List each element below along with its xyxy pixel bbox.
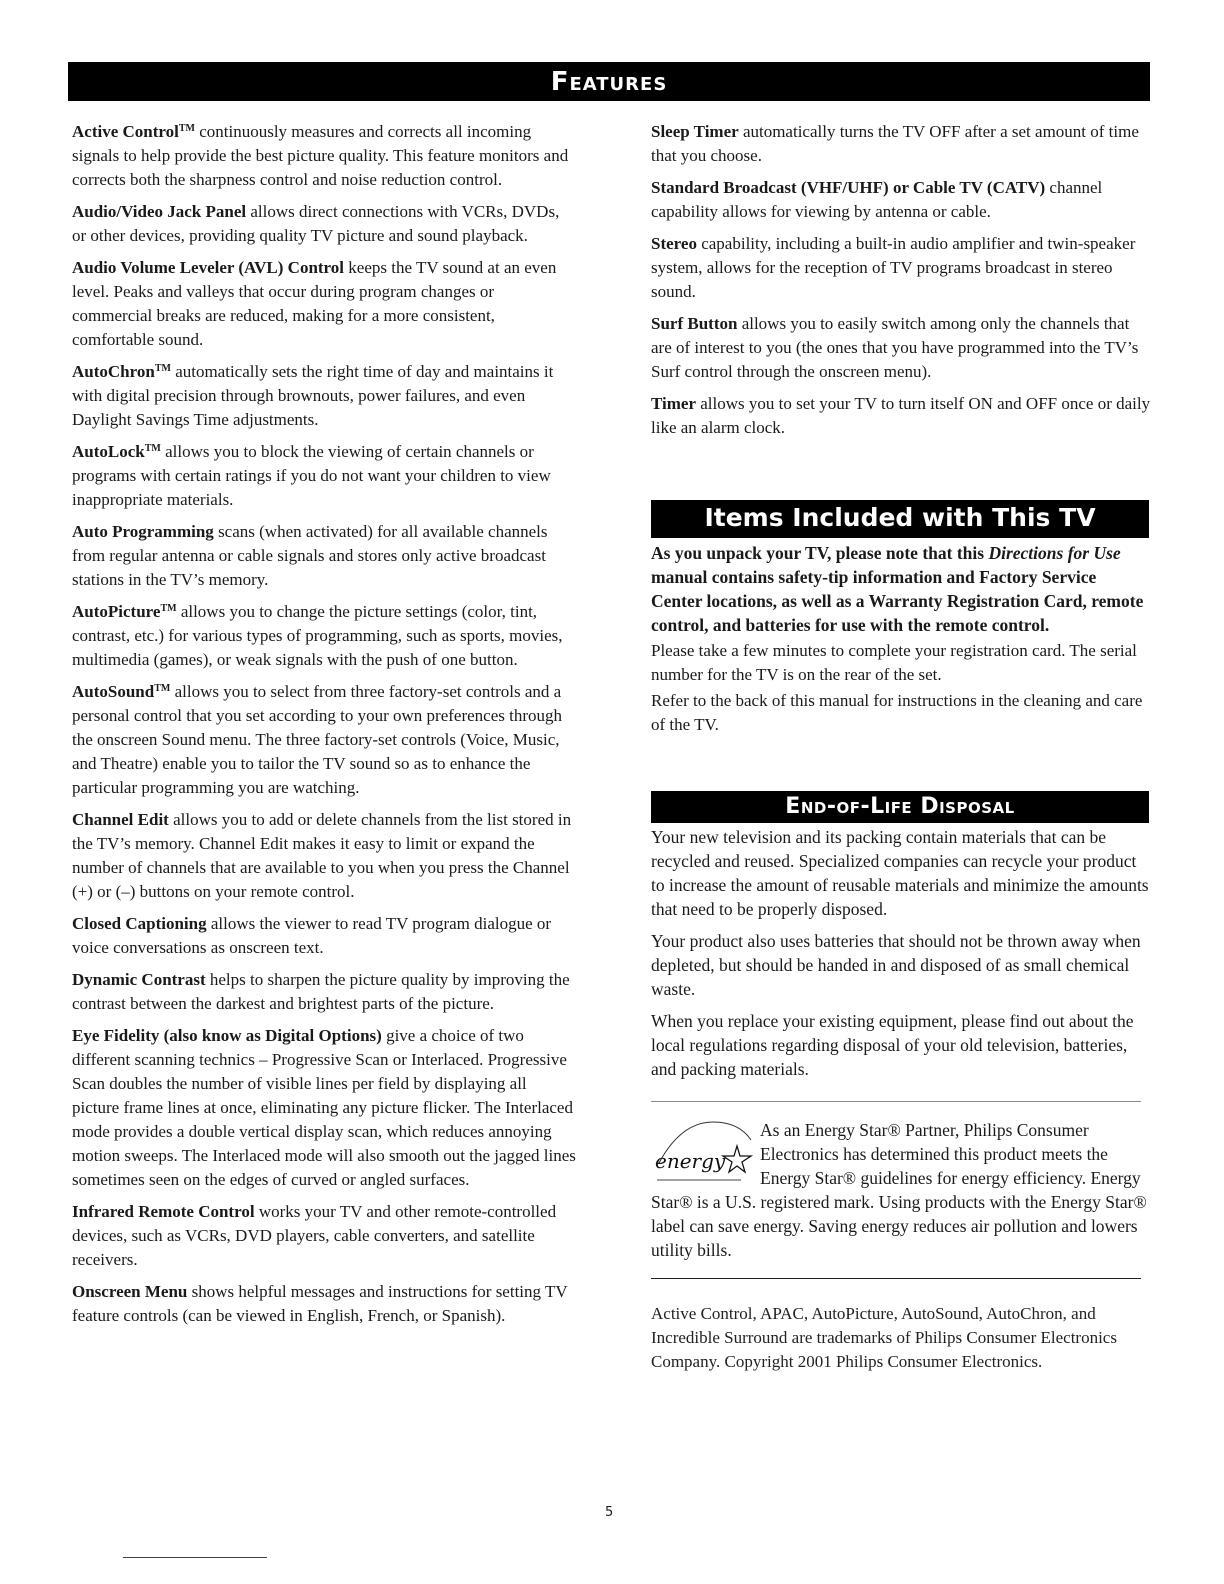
page-number: 5 xyxy=(605,1505,613,1520)
feature-term: AutoPicture xyxy=(72,602,160,621)
feature-entry: AutoSoundTM allows you to select from th… xyxy=(72,680,577,800)
items-included-header: Items Included with This TV xyxy=(651,500,1149,538)
feature-entry: Timer allows you to set your TV to turn … xyxy=(651,392,1151,440)
feature-term: AutoSound xyxy=(72,682,154,701)
divider xyxy=(651,1101,1141,1102)
items-included-notice: As you unpack your TV, please note that … xyxy=(651,541,1151,637)
features-right-column: Sleep Timer automatically turns the TV O… xyxy=(651,120,1151,448)
feature-entry: AutoPictureTM allows you to change the p… xyxy=(72,600,577,672)
trademark-mark: TM xyxy=(154,683,170,694)
notice-text-post: manual contains safety-tip information a… xyxy=(651,567,1143,635)
footer-line xyxy=(123,1557,267,1558)
feature-entry: Closed Captioning allows the viewer to r… xyxy=(72,912,577,960)
feature-term: Audio Volume Leveler (AVL) Control xyxy=(72,258,344,277)
feature-entry: Stereo capability, including a built-in … xyxy=(651,232,1151,304)
feature-entry: Auto Programming scans (when activated) … xyxy=(72,520,577,592)
end-of-life-header: End-of-Life Disposal xyxy=(651,791,1149,823)
feature-term: Audio/Video Jack Panel xyxy=(72,202,246,221)
feature-term: AutoLock xyxy=(72,442,145,461)
feature-description: give a choice of two different scanning … xyxy=(72,1026,576,1189)
feature-term: Active Control xyxy=(72,122,179,141)
feature-entry: Eye Fidelity (also know as Digital Optio… xyxy=(72,1024,577,1192)
divider xyxy=(651,1278,1141,1279)
feature-term: Sleep Timer xyxy=(651,122,739,141)
energy-star-logo-icon: energy xyxy=(651,1118,756,1190)
end-of-life-header-text: End-of-Life Disposal xyxy=(785,794,1014,819)
registration-paragraph: Please take a few minutes to complete yo… xyxy=(651,639,1151,687)
feature-term: Dynamic Contrast xyxy=(72,970,206,989)
feature-entry: Standard Broadcast (VHF/UHF) or Cable TV… xyxy=(651,176,1151,224)
feature-entry: Sleep Timer automatically turns the TV O… xyxy=(651,120,1151,168)
end-of-life-section: Your new television and its packing cont… xyxy=(651,825,1151,1089)
energy-star-section: energy As an Energy Star® Partner, Phili… xyxy=(651,1118,1151,1262)
feature-entry: Active ControlTM continuously measures a… xyxy=(72,120,577,192)
batteries-paragraph: Your product also uses batteries that sh… xyxy=(651,929,1151,1001)
trademark-mark: TM xyxy=(145,443,161,454)
cleaning-paragraph: Refer to the back of this manual for ins… xyxy=(651,689,1151,737)
feature-term: Timer xyxy=(651,394,696,413)
feature-term: Closed Captioning xyxy=(72,914,207,933)
items-included-header-text: Items Included with This TV xyxy=(704,503,1095,532)
feature-entry: Infrared Remote Control works your TV an… xyxy=(72,1200,577,1272)
trademark-notice: Active Control, APAC, AutoPicture, AutoS… xyxy=(651,1302,1151,1374)
features-left-column: Active ControlTM continuously measures a… xyxy=(72,120,577,1336)
feature-entry: AutoLockTM allows you to block the viewi… xyxy=(72,440,577,512)
feature-term: Surf Button xyxy=(651,314,737,333)
feature-description: capability, including a built-in audio a… xyxy=(651,234,1135,301)
feature-term: AutoChron xyxy=(72,362,155,381)
feature-term: Standard Broadcast (VHF/UHF) or Cable TV… xyxy=(651,178,1045,197)
feature-term: Onscreen Menu xyxy=(72,1282,187,1301)
regulations-paragraph: When you replace your existing equipment… xyxy=(651,1009,1151,1081)
feature-entry: AutoChronTM automatically sets the right… xyxy=(72,360,577,432)
feature-term: Channel Edit xyxy=(72,810,169,829)
feature-entry: Audio/Video Jack Panel allows direct con… xyxy=(72,200,577,248)
manual-title: Directions for Use xyxy=(988,543,1120,563)
features-header-text: Features xyxy=(551,67,668,97)
feature-term: Stereo xyxy=(651,234,697,253)
trademark-mark: TM xyxy=(155,363,171,374)
feature-term: Auto Programming xyxy=(72,522,214,541)
feature-term: Infrared Remote Control xyxy=(72,1202,255,1221)
svg-text:energy: energy xyxy=(655,1149,726,1173)
feature-entry: Onscreen Menu shows helpful messages and… xyxy=(72,1280,577,1328)
feature-entry: Dynamic Contrast helps to sharpen the pi… xyxy=(72,968,577,1016)
recycling-paragraph: Your new television and its packing cont… xyxy=(651,825,1151,921)
notice-text-pre: As you unpack your TV, please note that … xyxy=(651,543,988,563)
trademark-mark: TM xyxy=(160,603,176,614)
items-included-section: As you unpack your TV, please note that … xyxy=(651,541,1151,739)
feature-description: allows you to set your TV to turn itself… xyxy=(651,394,1150,437)
trademark-mark: TM xyxy=(179,123,195,134)
features-header: Features xyxy=(68,62,1150,101)
feature-entry: Surf Button allows you to easily switch … xyxy=(651,312,1151,384)
feature-entry: Channel Edit allows you to add or delete… xyxy=(72,808,577,904)
feature-entry: Audio Volume Leveler (AVL) Control keeps… xyxy=(72,256,577,352)
feature-term: Eye Fidelity (also know as Digital Optio… xyxy=(72,1026,382,1045)
